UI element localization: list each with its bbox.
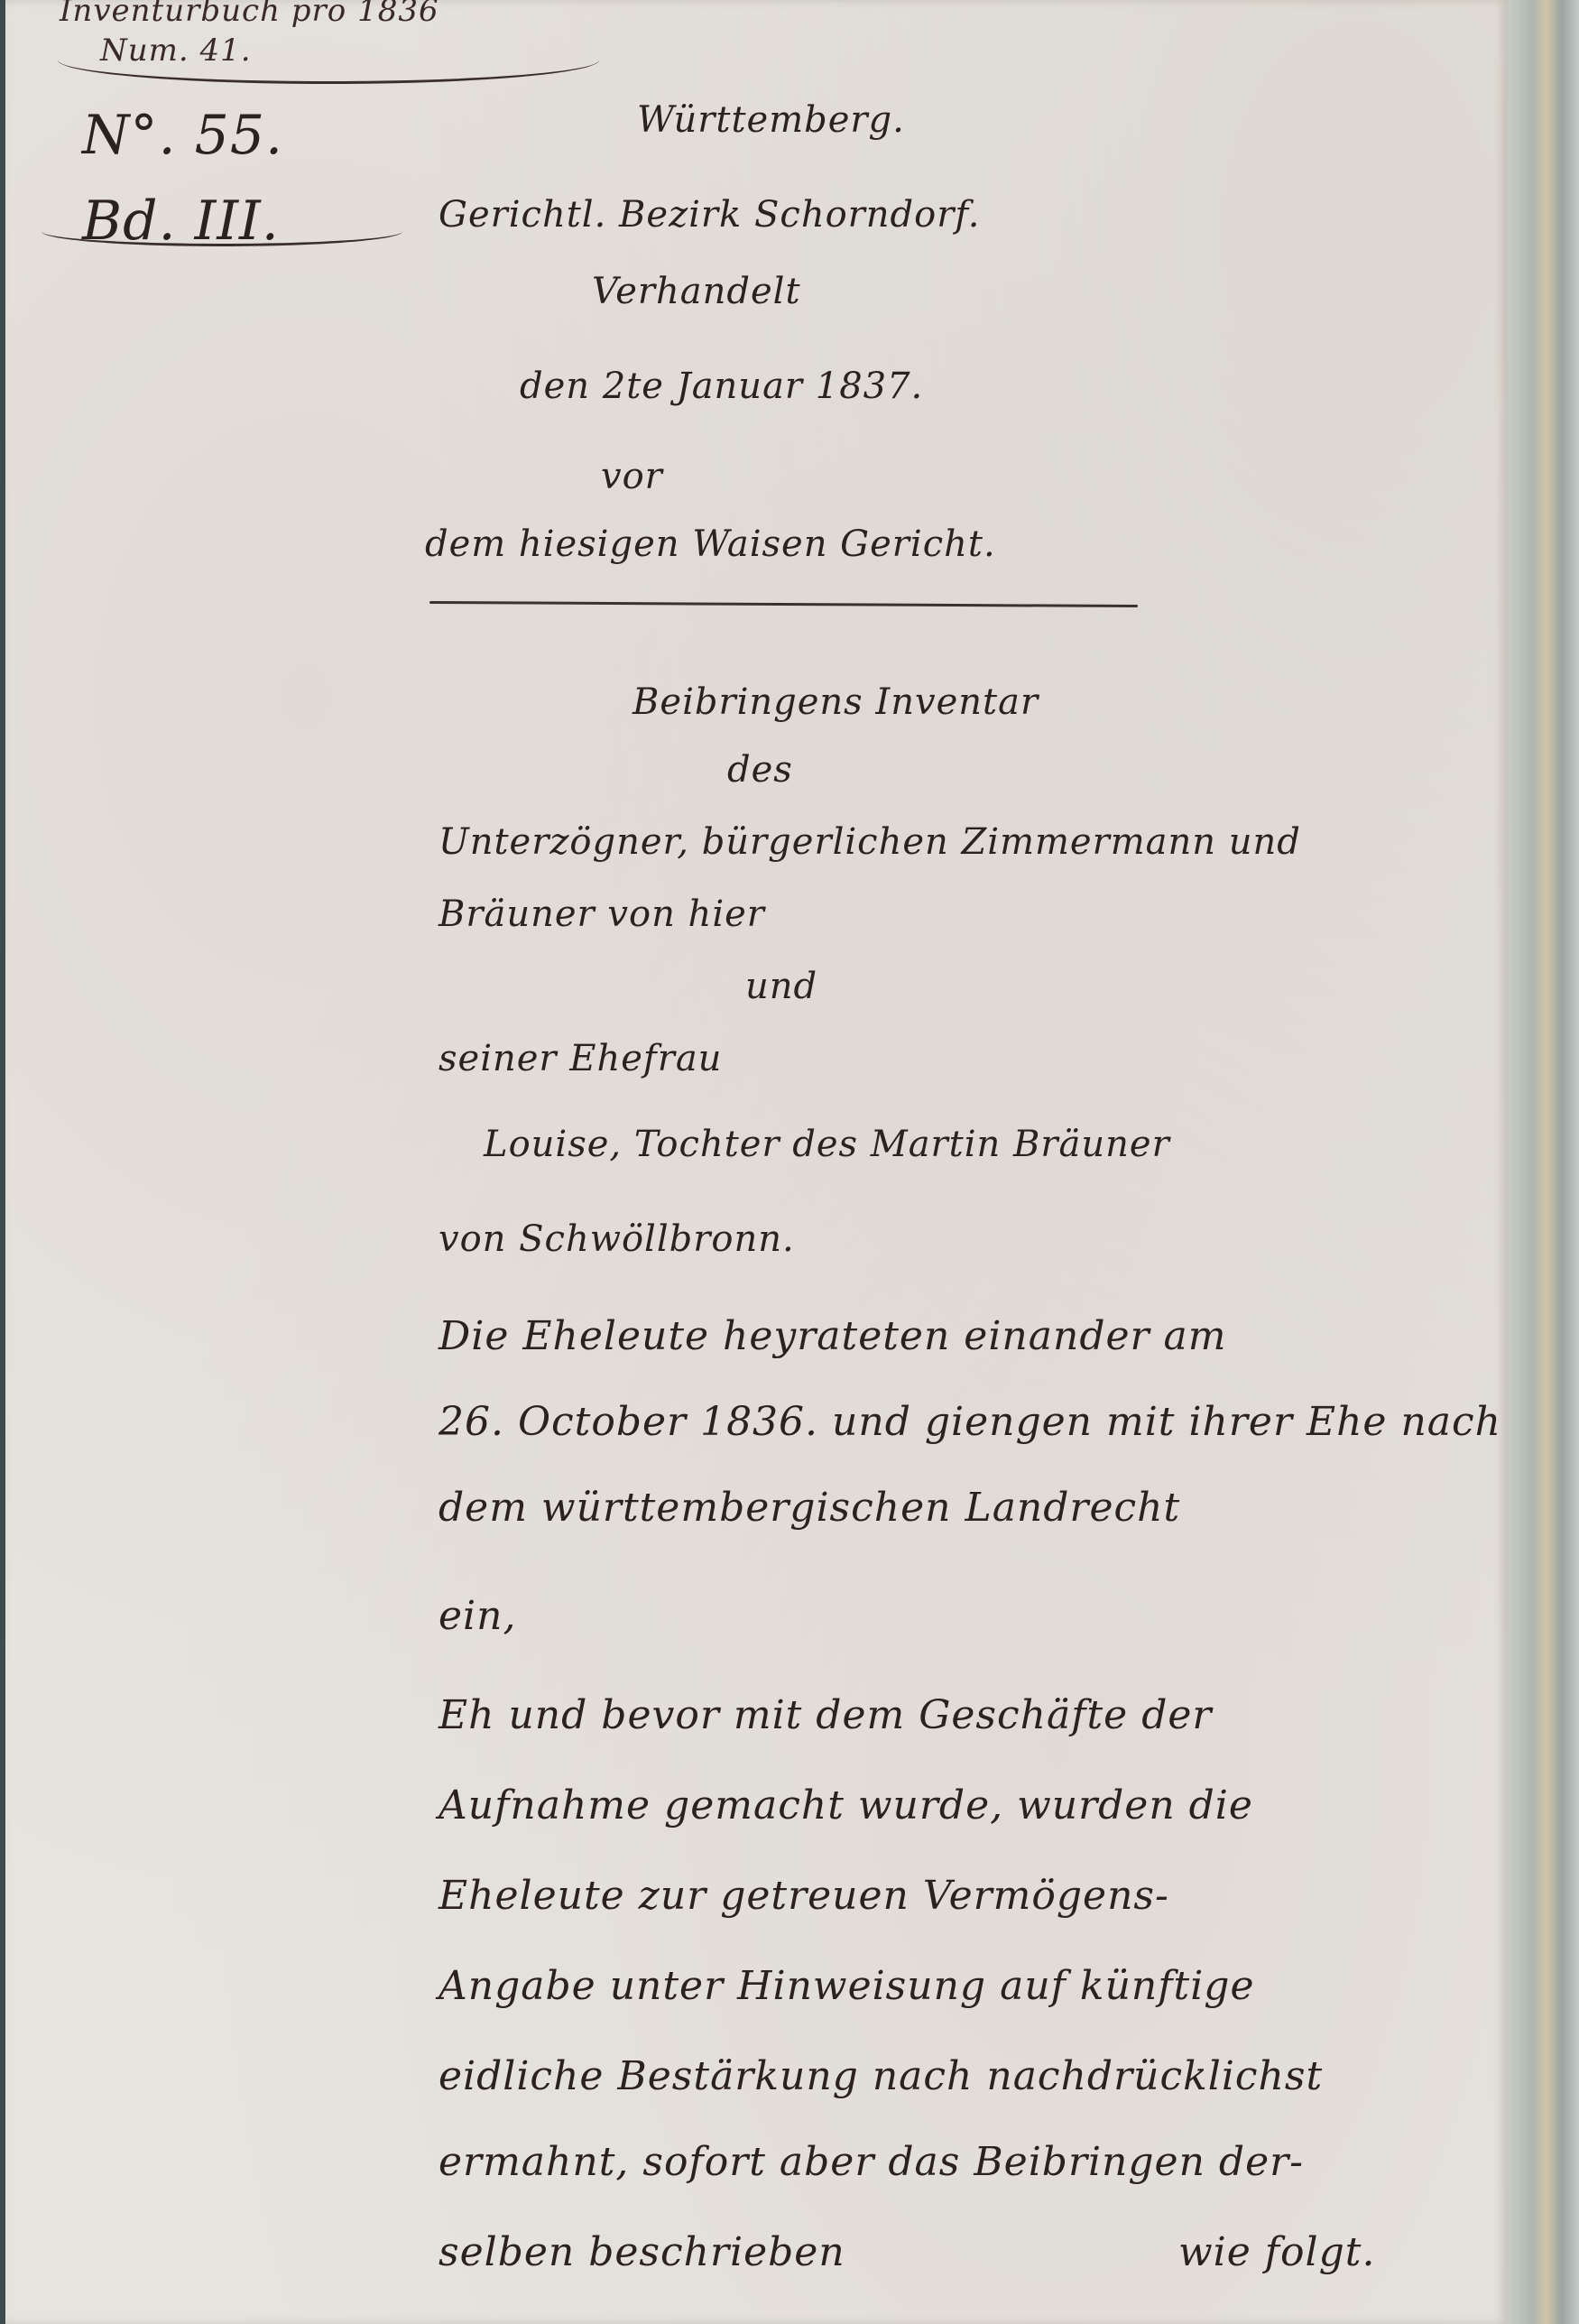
heading-divider — [429, 601, 1138, 607]
body-line-7: Eheleute zur getreuen Vermögens- — [439, 1873, 1169, 1919]
body-line-1: Die Eheleute heyrateten einander am — [439, 1313, 1227, 1359]
header-flourish — [58, 36, 599, 84]
volume-flourish — [42, 217, 402, 246]
inventory-title: Beibringens Inventar — [633, 681, 1039, 723]
court-line: dem hiesigen Waisen Gericht. — [425, 523, 996, 565]
wife-name-line: Louise, Tochter des Martin Bräuner — [484, 1124, 1170, 1165]
body-line-6: Aufnahme gemacht wurde, wurden die — [439, 1782, 1253, 1829]
wife-intro-line: seiner Ehefrau — [439, 1038, 722, 1079]
body-line-4: ein, — [439, 1593, 516, 1639]
husband-line: Unterzögner, bürgerlichen Zimmermann und — [439, 821, 1301, 863]
document-page: Inventurbuch pro 1836 Num. 41. N°. 55. B… — [5, 0, 1508, 2324]
body-line-9: eidliche Bestärkung nach nachdrücklichst — [439, 2053, 1323, 2099]
page-stack-edge — [1508, 0, 1579, 2324]
place-heading: Württemberg. — [637, 99, 905, 141]
body-line-8: Angabe unter Hinweisung auf künftige — [439, 1963, 1255, 2009]
page-number: N°. 55. — [82, 104, 283, 167]
register-line: Inventurbuch pro 1836 — [60, 0, 439, 29]
district-heading: Gerichtl. Bezirk Schorndorf. — [439, 194, 980, 236]
verhandelt-label: Verhandelt — [592, 271, 801, 312]
body-line-12: wie folgt. — [1178, 2229, 1375, 2275]
husband-line-2: Bräuner von hier — [439, 893, 765, 935]
und-label: und — [745, 966, 817, 1007]
body-line-3: dem württembergischen Landrecht — [439, 1485, 1180, 1531]
body-line-10: ermahnt, sofort aber das Beibringen der- — [439, 2139, 1304, 2185]
des-label: des — [727, 749, 793, 791]
vor-label: vor — [601, 456, 663, 497]
date-line: den 2te Januar 1837. — [520, 366, 923, 407]
wife-origin-line: von Schwöllbronn. — [439, 1218, 795, 1260]
body-line-2: 26. October 1836. und giengen mit ihrer … — [439, 1399, 1501, 1445]
body-line-5: Eh und bevor mit dem Geschäfte der — [439, 1692, 1212, 1738]
body-line-11: selben beschrieben — [439, 2229, 845, 2275]
